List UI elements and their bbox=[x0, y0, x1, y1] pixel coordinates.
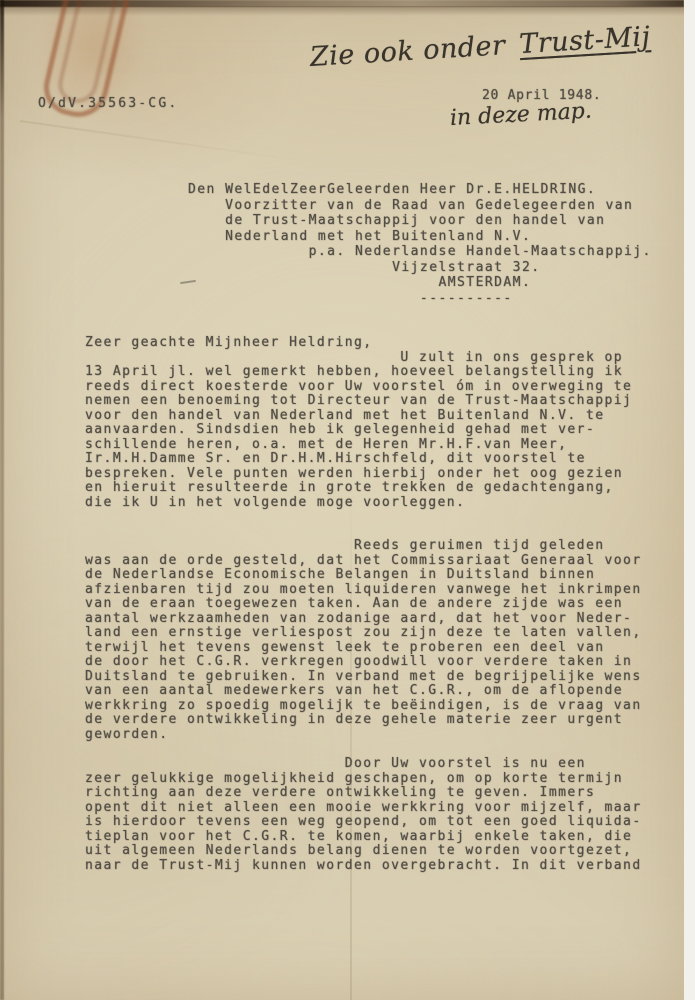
paragraph-1: U zult in ons gesprek op 13 April jl. we… bbox=[85, 351, 642, 511]
paperclip-stain bbox=[35, 0, 150, 132]
handwritten-note-top-underlined: Trust-Mij bbox=[518, 21, 651, 60]
handwritten-note-top: Zie ook onderTrust-Mij bbox=[309, 21, 651, 73]
letter-body: Zeer geachte Mijnheer Heldring, U zult i… bbox=[85, 336, 642, 873]
salutation: Zeer geachte Mijnheer Heldring, bbox=[85, 336, 642, 351]
scan-background-strip bbox=[684, 0, 695, 1000]
handwritten-note-top-prefix: Zie ook onder bbox=[309, 30, 506, 73]
paper-left-edge-shadow bbox=[0, 0, 4, 1000]
recipient-address-block: Den WelEdelZeerGeleerden Heer Dr.E.HELDR… bbox=[188, 182, 652, 306]
reference-number: O/dV.35563-CG. bbox=[38, 97, 178, 112]
handwritten-note-map: in deze map. bbox=[449, 99, 592, 131]
paragraph-2: Reeds geruimen tijd geleden was aan de o… bbox=[85, 539, 642, 742]
paper-sheet: O/dV.35563-CG. Zie ook onderTrust-Mij 20… bbox=[0, 0, 685, 1000]
scanned-letter-screenshot: O/dV.35563-CG. Zie ook onderTrust-Mij 20… bbox=[0, 0, 695, 1000]
paragraph-3: Door Uw voorstel is nu een zeer gelukkig… bbox=[85, 757, 642, 873]
vertical-paper-crease bbox=[350, 480, 352, 1000]
diagonal-paper-crease bbox=[20, 120, 317, 164]
